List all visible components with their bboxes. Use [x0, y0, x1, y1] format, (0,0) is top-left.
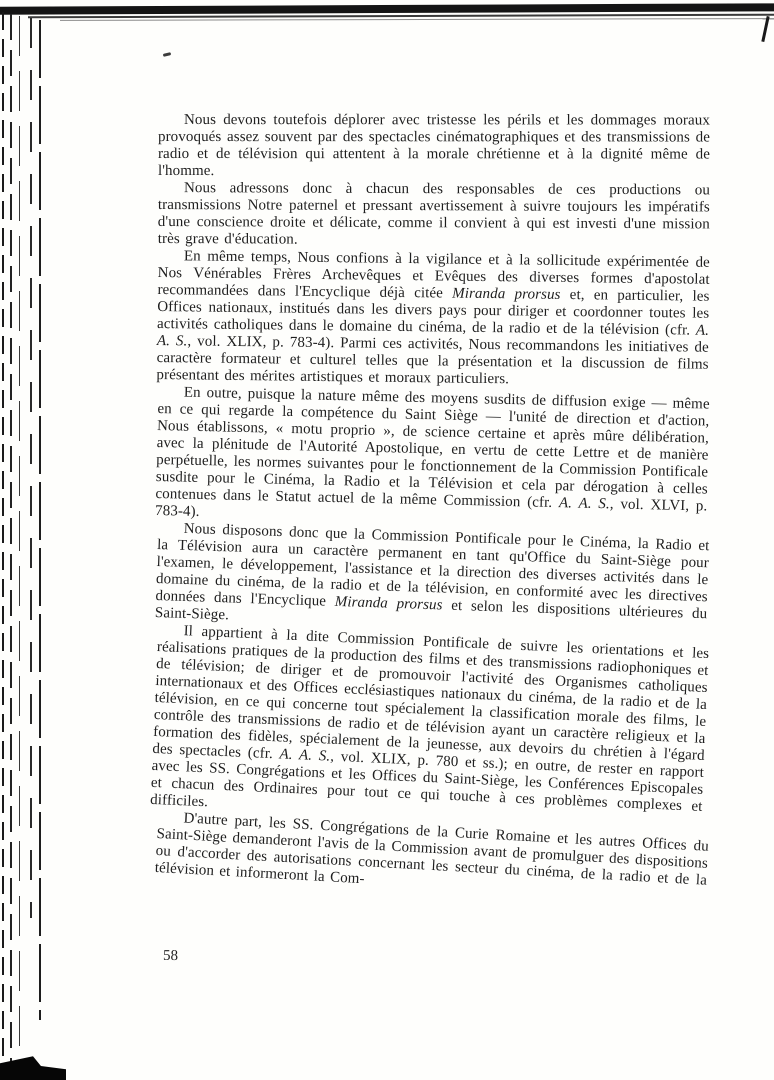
- body-paragraph: Nous adressons donc à chacun des respons…: [158, 180, 710, 250]
- body-paragraph: Nous devons toutefois déplorer avec tris…: [158, 112, 710, 180]
- body-paragraph: Il appartient à la dite Commission Ponti…: [150, 622, 710, 833]
- page-number: 58: [163, 948, 178, 965]
- scan-top-edge-line: [0, 3, 774, 14]
- scan-stray-mark-artifact: [163, 52, 171, 57]
- page-text: Nous devons toutefois déplorer avec tris…: [158, 112, 710, 877]
- body-paragraph: Nous disposons donc que la Commission Po…: [155, 520, 710, 640]
- binding-line: [10, 14, 12, 1072]
- body-paragraph: En outre, puisque la nature même des moy…: [155, 384, 710, 532]
- scan-right-edge-artifact: [761, 16, 769, 42]
- scan-top-edge-line: [60, 18, 774, 21]
- binding-line: [39, 20, 41, 1020]
- body-paragraph: En même temps, Nous confions à la vigila…: [156, 248, 710, 391]
- binding-line: [30, 18, 32, 918]
- binding-line: [19, 16, 20, 1064]
- binding-line: [2, 12, 4, 1074]
- scanned-book-page: Nous devons toutefois déplorer avec tris…: [0, 0, 774, 1080]
